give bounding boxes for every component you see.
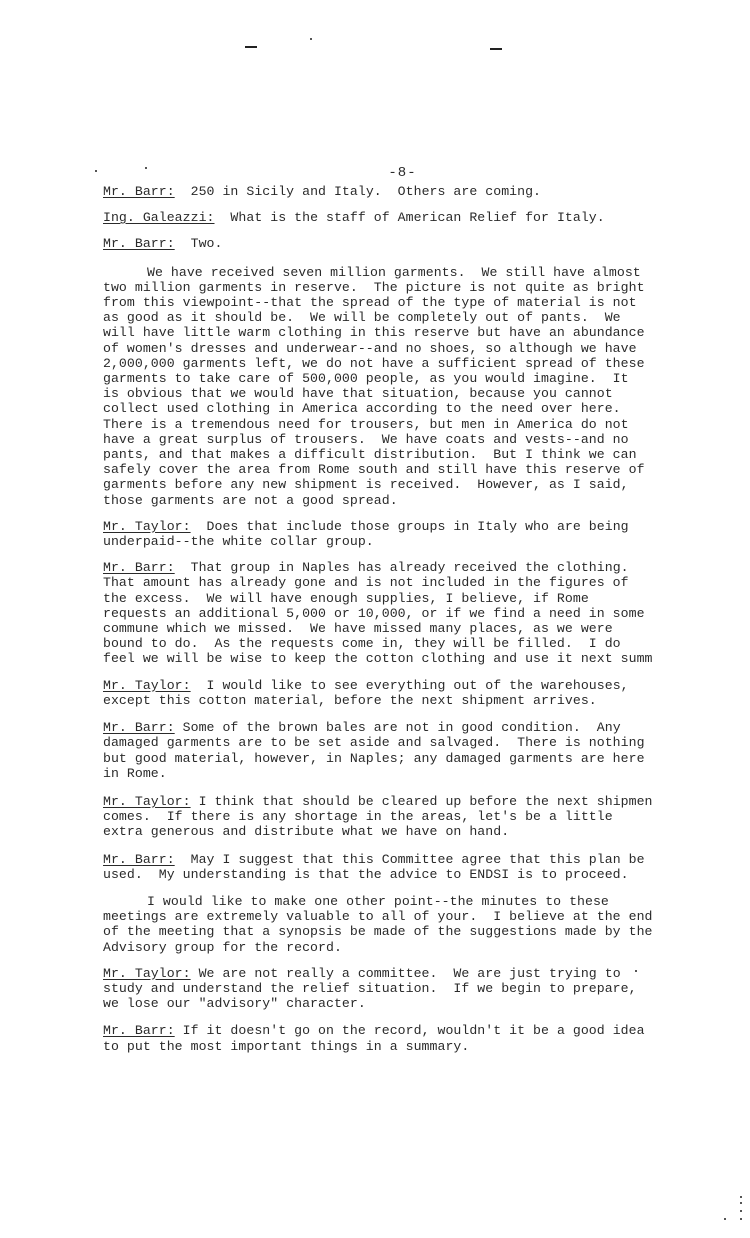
speaker-name: Mr. Barr: [103, 720, 175, 735]
text-line: but good material, however, in Naples; a… [103, 751, 645, 766]
text-line: damaged garments are to be set aside and… [103, 735, 645, 750]
transcript-body: Mr. Barr: 250 in Sicily and Italy. Other… [103, 184, 733, 1054]
text-line: used. My understanding is that the advic… [103, 867, 629, 882]
page-number: -8- [0, 165, 750, 181]
text-line: We are not really a committee. We are ju… [191, 966, 621, 981]
text-line: will have little warm clothing in this r… [103, 325, 645, 340]
text-line: meetings are extremely valuable to all o… [103, 909, 653, 924]
text-line: two million garments in reserve. The pic… [103, 280, 645, 295]
paragraph: I would like to make one other point--th… [103, 894, 733, 955]
speaker-name: Mr. Taylor: [103, 794, 191, 809]
text-line: 2,000,000 garments left, we do not have … [103, 356, 645, 371]
scan-mark [245, 46, 257, 48]
paragraph: We have received seven million garments.… [103, 265, 733, 508]
dialogue-entry: Mr. Taylor: Does that include those grou… [103, 519, 733, 549]
dialogue-entry: Mr. Barr: If it doesn't go on the record… [103, 1023, 733, 1053]
speaker-name: Mr. Barr: [103, 852, 175, 867]
text-line: as good as it should be. We will be comp… [103, 310, 621, 325]
speaker-name: Mr. Barr: [103, 560, 175, 575]
text-line: That group in Naples has already receive… [175, 560, 629, 575]
text-line: from this viewpoint--that the spread of … [103, 295, 637, 310]
scan-mark [490, 48, 502, 50]
speaker-name: Ing. Galeazzi: [103, 210, 215, 225]
text-line: extra generous and distribute what we ha… [103, 824, 509, 839]
dialogue-entry: Mr. Taylor: I think that should be clear… [103, 794, 733, 840]
text-line: except this cotton material, before the … [103, 693, 597, 708]
speaker-name: Mr. Barr: [103, 1023, 175, 1038]
text-line: feel we will be wise to keep the cotton … [103, 651, 653, 666]
text-line: of women's dresses and underwear--and no… [103, 341, 637, 356]
text-line: There is a tremendous need for trousers,… [103, 417, 629, 432]
text-line: I think that should be cleared up before… [191, 794, 653, 809]
text-line: I would like to see everything out of th… [191, 678, 629, 693]
text-line: I would like to make one other point--th… [147, 894, 609, 909]
dialogue-entry: Mr. Taylor: I would like to see everythi… [103, 678, 733, 708]
dialogue-entry: Mr. Taylor: We are not really a committe… [103, 966, 733, 1012]
text-line: comes. If there is any shortage in the a… [103, 809, 613, 824]
text-line: We have received seven million garments.… [147, 265, 641, 280]
dialogue-entry: Mr. Barr: Two. [103, 236, 733, 251]
text-line: is obvious that we would have that situa… [103, 386, 613, 401]
text-line: those garments are not a good spread. [103, 493, 398, 508]
dialogue-entry: Mr. Barr: That group in Naples has alrea… [103, 560, 733, 666]
text-line: the excess. We will have enough supplies… [103, 591, 589, 606]
text-line: 250 in Sicily and Italy. Others are comi… [175, 184, 541, 199]
scan-artifact-corner [706, 1196, 746, 1226]
dialogue-entry: Ing. Galeazzi: What is the staff of Amer… [103, 210, 733, 225]
text-line: in Rome. [103, 766, 167, 781]
text-line: collect used clothing in America accordi… [103, 401, 621, 416]
text-line: commune which we missed. We have missed … [103, 621, 613, 636]
speaker-name: Mr. Taylor: [103, 678, 191, 693]
text-line: of the meeting that a synopsis be made o… [103, 924, 653, 939]
speaker-name: Mr. Taylor: [103, 519, 191, 534]
text-line: bound to do. As the requests come in, th… [103, 636, 621, 651]
text-line: requests an additional 5,000 or 10,000, … [103, 606, 645, 621]
dialogue-entry: Mr. Barr: May I suggest that this Commit… [103, 852, 733, 882]
text-line: have a great surplus of trousers. We hav… [103, 432, 629, 447]
text-line: pants, and that makes a difficult distri… [103, 447, 637, 462]
text-line: garments before any new shipment is rece… [103, 477, 629, 492]
dialogue-entry: Mr. Barr: 250 in Sicily and Italy. Other… [103, 184, 733, 199]
speaker-name: Mr. Barr: [103, 236, 175, 251]
text-line: May I suggest that this Committee agree … [175, 852, 645, 867]
text-line: Advisory group for the record. [103, 940, 342, 955]
text-line: What is the staff of American Relief for… [215, 210, 605, 225]
text-line: Some of the brown bales are not in good … [175, 720, 621, 735]
text-line: If it doesn't go on the record, wouldn't… [175, 1023, 645, 1038]
dialogue-entry: Mr. Barr: Some of the brown bales are no… [103, 720, 733, 781]
speaker-name: Mr. Barr: [103, 184, 175, 199]
text-line: to put the most important things in a su… [103, 1039, 469, 1054]
text-line: Does that include those groups in Italy … [191, 519, 629, 534]
text-line: we lose our "advisory" character. [103, 996, 366, 1011]
text-line: Two. [175, 236, 223, 251]
text-line: study and understand the relief situatio… [103, 981, 637, 996]
text-line: garments to take care of 500,000 people,… [103, 371, 629, 386]
text-line: That amount has already gone and is not … [103, 575, 629, 590]
speaker-name: Mr. Taylor: [103, 966, 191, 981]
text-line: safely cover the area from Rome south an… [103, 462, 645, 477]
scan-speck [310, 38, 312, 40]
text-line: underpaid--the white collar group. [103, 534, 374, 549]
